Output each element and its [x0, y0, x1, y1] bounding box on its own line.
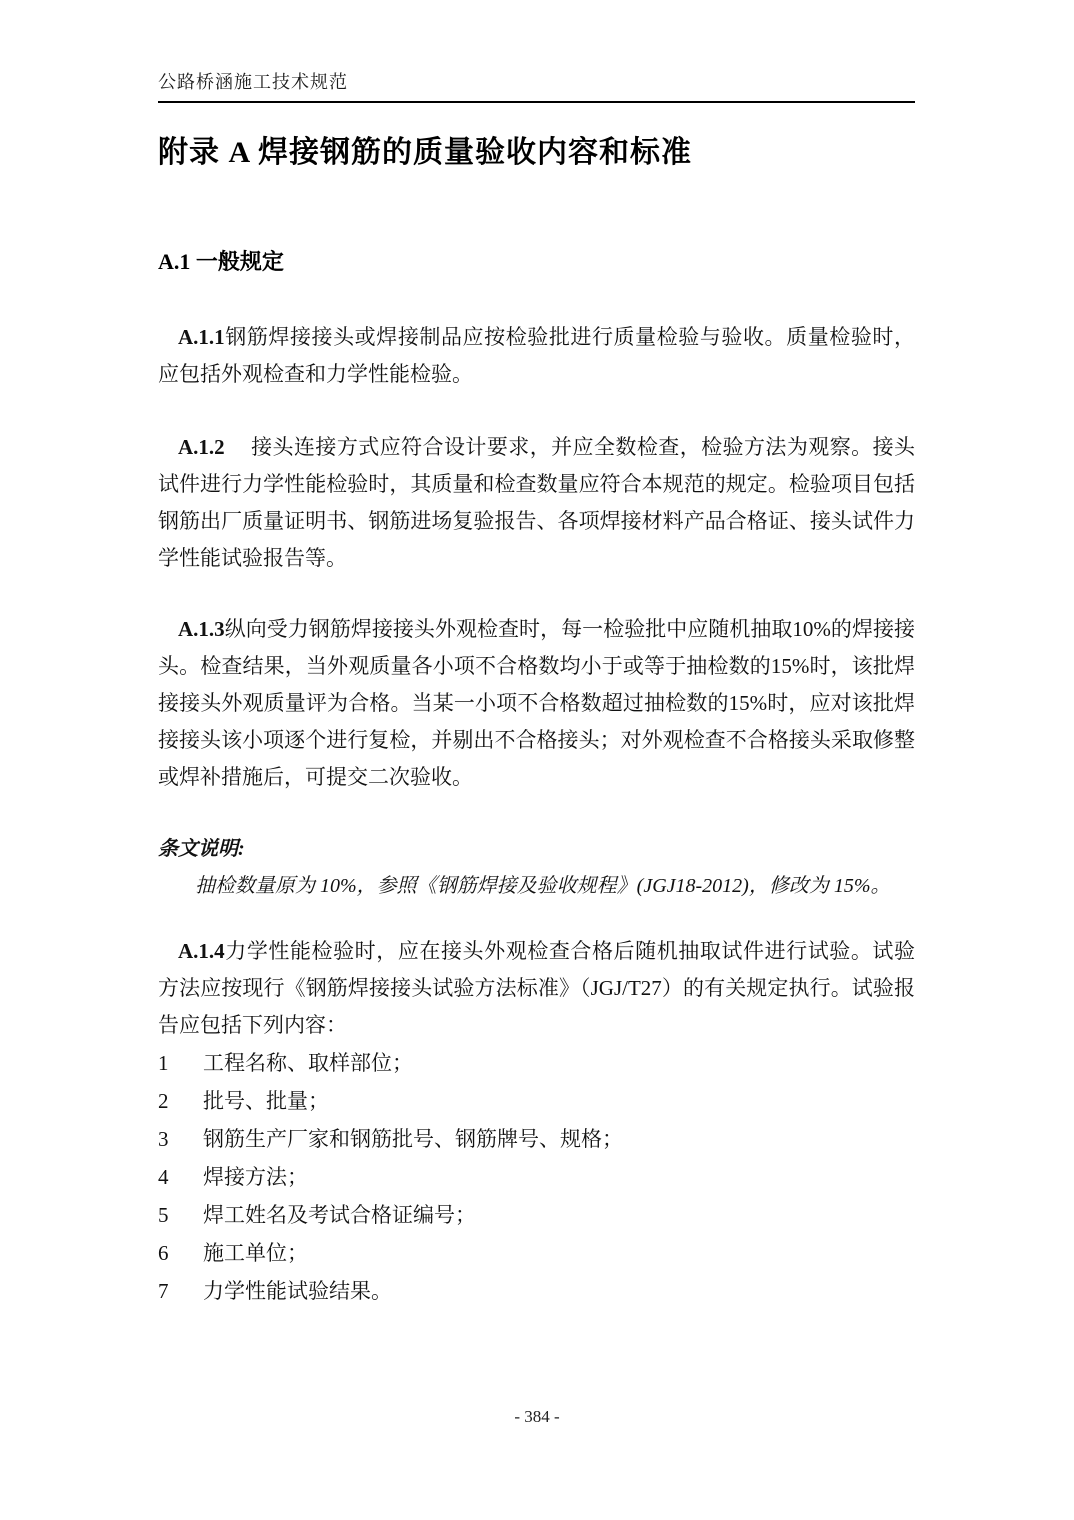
commentary-block: 条文说明: 抽检数量原为 10%，参照《钢筋焊接及验收规程》(JGJ18-201… — [158, 831, 915, 905]
clause-a1-4-text: 力学性能检验时，应在接头外观检查合格后随机抽取试件进行试验。试验方法应按现行《钢… — [158, 939, 915, 1037]
clause-a1-4: A.1.4力学性能检验时，应在接头外观检查合格后随机抽取试件进行试验。试验方法应… — [158, 933, 915, 1044]
clause-a1-1-text: 钢筋焊接接头或焊接制品应按检验批进行质量检验与验收。质量检验时，应包括外观检查和… — [158, 325, 915, 386]
list-item-text: 焊接方法； — [203, 1158, 915, 1196]
page-number: - 384 - — [0, 1406, 1074, 1428]
list-item: 4 焊接方法； — [158, 1158, 915, 1196]
clause-a1-3: A.1.3纵向受力钢筋焊接接头外观检查时，每一检验批中应随机抽取10%的焊接接头… — [158, 611, 915, 796]
clause-a1-1-label: A.1.1 — [178, 325, 225, 349]
running-header: 公路桥涵施工技术规范 — [158, 70, 915, 94]
list-item: 5 焊工姓名及考试合格证编号； — [158, 1196, 915, 1234]
document-page: 公路桥涵施工技术规范 附录 A 焊接钢筋的质量验收内容和标准 A.1 一般规定 … — [0, 0, 1074, 1520]
list-item-number: 4 — [158, 1158, 203, 1196]
clause-a1-1: A.1.1钢筋焊接接头或焊接制品应按检验批进行质量检验与验收。质量检验时，应包括… — [158, 319, 915, 393]
list-item-text: 施工单位； — [203, 1234, 915, 1272]
list-item-text: 钢筋生产厂家和钢筋批号、钢筋牌号、规格； — [203, 1120, 915, 1158]
list-item: 7 力学性能试验结果。 — [158, 1272, 915, 1310]
clause-a1-2-text: 接头连接方式应符合设计要求，并应全数检查，检验方法为观察。接头试件进行力学性能检… — [158, 435, 915, 570]
section-heading: A.1 一般规定 — [158, 247, 915, 277]
commentary-text: 抽检数量原为 10%，参照《钢筋焊接及验收规程》(JGJ18-2012)，修改为… — [158, 868, 915, 905]
list-item-number: 7 — [158, 1272, 203, 1310]
clause-a1-4-label: A.1.4 — [178, 939, 225, 963]
list-item-text: 批号、批量； — [203, 1082, 915, 1120]
clause-a1-2-label: A.1.2 — [178, 435, 225, 459]
list-item-number: 2 — [158, 1082, 203, 1120]
list-item-number: 6 — [158, 1234, 203, 1272]
list-item-text: 力学性能试验结果。 — [203, 1272, 915, 1310]
list-item-number: 3 — [158, 1120, 203, 1158]
list-item: 1 工程名称、取样部位； — [158, 1044, 915, 1082]
clause-a1-3-label: A.1.3 — [178, 617, 225, 641]
list-item: 3 钢筋生产厂家和钢筋批号、钢筋牌号、规格； — [158, 1120, 915, 1158]
clause-a1-2: A.1.2接头连接方式应符合设计要求，并应全数检查，检验方法为观察。接头试件进行… — [158, 429, 915, 577]
list-item: 2 批号、批量； — [158, 1082, 915, 1120]
list-item-number: 1 — [158, 1044, 203, 1082]
commentary-heading: 条文说明: — [158, 831, 915, 868]
list-item: 6 施工单位； — [158, 1234, 915, 1272]
clause-a1-3-text: 纵向受力钢筋焊接接头外观检查时，每一检验批中应随机抽取10%的焊接接头。检查结果… — [158, 617, 915, 789]
page-content: 公路桥涵施工技术规范 附录 A 焊接钢筋的质量验收内容和标准 A.1 一般规定 … — [158, 70, 915, 1310]
list-item-text: 工程名称、取样部位； — [203, 1044, 915, 1082]
list-item-number: 5 — [158, 1196, 203, 1234]
report-content-list: 1 工程名称、取样部位； 2 批号、批量； 3 钢筋生产厂家和钢筋批号、钢筋牌号… — [158, 1044, 915, 1310]
appendix-title: 附录 A 焊接钢筋的质量验收内容和标准 — [158, 133, 915, 173]
list-item-text: 焊工姓名及考试合格证编号； — [203, 1196, 915, 1234]
header-rule — [158, 101, 915, 103]
